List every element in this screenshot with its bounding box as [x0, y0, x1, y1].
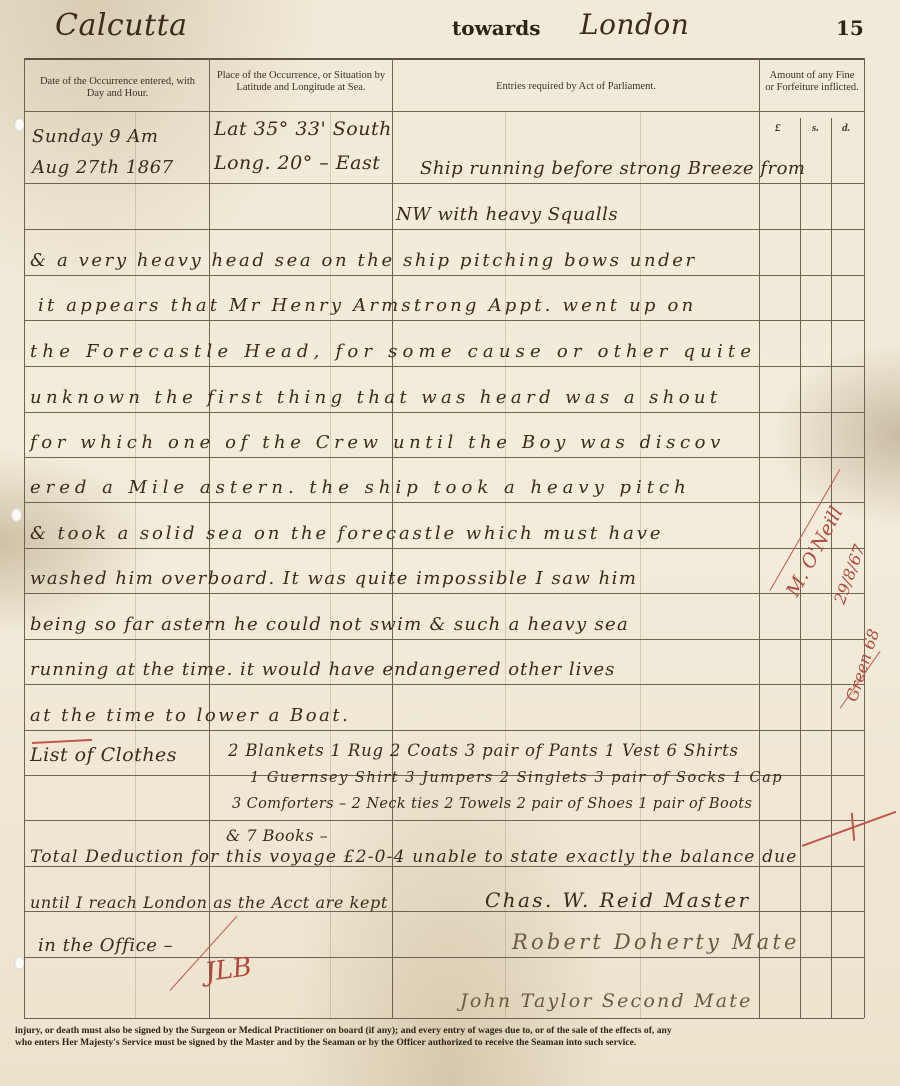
page-number: 15 [836, 16, 864, 40]
footer-line: injury, or death must also be signed by … [15, 1025, 858, 1037]
column-divider [864, 58, 865, 1018]
clothes-line: 3 Comforters – 2 Neck ties 2 Towels 2 pa… [232, 796, 752, 812]
ruled-line [24, 730, 864, 731]
ruled-line [24, 548, 864, 549]
entry-line: at the time to lower a Boat. [30, 705, 350, 726]
ruled-line [24, 957, 864, 958]
deduction-line: in the Office – [38, 935, 173, 956]
punch-hole [11, 508, 22, 522]
entry-line: ered a Mile astern. the ship took a heav… [30, 477, 691, 498]
clothes-line: & 7 Books – [226, 826, 328, 845]
money-divider [831, 118, 832, 1018]
column-header-fine: Amount of any Fine or Forfeiture inflict… [764, 70, 860, 94]
ruled-line [24, 820, 864, 821]
guide-line [330, 112, 331, 1018]
ruled-line [24, 684, 864, 685]
ruled-line [24, 502, 864, 503]
ruled-line [24, 593, 864, 594]
guide-line [505, 112, 506, 1018]
red-tick-mark [32, 739, 92, 744]
table-bottom-rule [24, 1018, 864, 1019]
ruled-line [24, 275, 864, 276]
entry-line: for which one of the Crew until the Boy … [30, 432, 725, 453]
entry-line: it appears that Mr Henry Armstrong Appt.… [38, 295, 696, 316]
header-bottom-rule [24, 111, 864, 112]
entry-date: Aug 27th 1867 [32, 157, 174, 178]
ruled-line [24, 229, 864, 230]
pence-header: d. [842, 122, 850, 134]
entry-line: washed him overboard. It was quite impos… [30, 568, 638, 589]
footer-line: who enters Her Majesty's Service must be… [15, 1037, 858, 1049]
column-header-place: Place of the Occurrence, or Situation by… [215, 70, 387, 94]
entry-date-day: Sunday 9 Am [32, 126, 158, 147]
red-cross-mark [802, 811, 896, 847]
clothes-label: List of Clothes [30, 744, 177, 766]
ruled-line [24, 366, 864, 367]
ruled-line [24, 457, 864, 458]
entry-line: & a very heavy head sea on the ship pitc… [30, 250, 697, 271]
entry-line: & took a solid sea on the forecastle whi… [30, 523, 663, 544]
clothes-line: 2 Blankets 1 Rug 2 Coats 3 pair of Pants… [228, 741, 739, 760]
entry-line: NW with heavy Squalls [396, 204, 618, 225]
mate-signature: Robert Doherty Mate [512, 930, 800, 954]
second-mate-signature: John Taylor Second Mate [460, 990, 753, 1012]
entry-line: Ship running before strong Breeze from [420, 158, 805, 179]
entry-line: the Forecastle Head, for some cause or o… [30, 341, 756, 362]
clothes-line: 1 Guernsey Shirt 3 Jumpers 2 Singlets 3 … [250, 770, 783, 786]
initials-annotation: JLB [203, 952, 254, 988]
entry-line: running at the time. it would have endan… [30, 659, 615, 680]
deduction-line: Total Deduction for this voyage £2-0-4 u… [30, 847, 798, 867]
ruled-line [24, 412, 864, 413]
table-top-rule [24, 58, 864, 60]
printed-footer: injury, or death must also be signed by … [15, 1025, 858, 1049]
master-signature: Chas. W. Reid Master [485, 888, 750, 912]
entry-latitude: Lat 35° 33' South [214, 118, 392, 140]
column-divider [24, 58, 25, 1018]
guide-line [135, 112, 136, 1018]
ruled-line [24, 320, 864, 321]
column-divider [759, 58, 760, 1018]
column-header-entries: Entries required by Act of Parliament. [398, 81, 754, 93]
entry-line: being so far astern he could not swim & … [30, 614, 629, 635]
entry-line: unknown the first thing that was heard w… [30, 387, 722, 408]
log-page: Calcutta towards London 15 Date of the O… [0, 0, 900, 1086]
deduction-line: until I reach London as the Acct are kep… [30, 893, 388, 912]
ruled-line [24, 639, 864, 640]
pounds-header: £ [775, 122, 781, 134]
guide-line [640, 112, 641, 1018]
ship-name: Calcutta [55, 8, 188, 43]
destination: London [580, 8, 689, 41]
towards-label: towards [452, 16, 541, 40]
column-header-date: Date of the Occurrence entered, with Day… [30, 76, 205, 100]
shillings-header: s. [812, 122, 819, 134]
ruled-line [24, 183, 864, 184]
entry-longitude: Long. 20° – East [214, 152, 380, 174]
